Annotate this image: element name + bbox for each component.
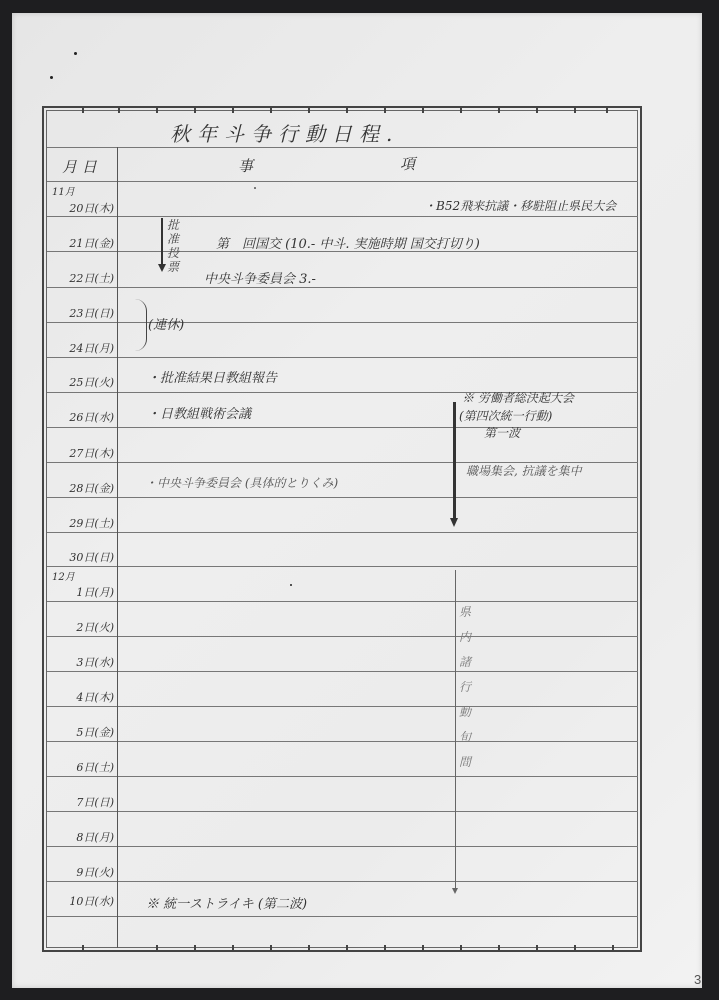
row-date: 5日(金)	[50, 724, 114, 740]
row-date: 1日(月)	[50, 584, 114, 600]
rule-line	[47, 776, 638, 777]
frame-tick	[606, 108, 608, 113]
row-date: 26日(水)	[50, 409, 114, 425]
document-title: 秋年斗争行動日程.	[170, 118, 399, 147]
frame-tick	[574, 945, 576, 950]
frame-tick	[156, 945, 158, 950]
frame-tick	[346, 108, 348, 113]
frame-tick	[308, 108, 310, 113]
frame-tick	[232, 108, 234, 113]
entry-kokko: 第 回国交 (10.- 中斗. 実施時期 国交打切り)	[216, 233, 480, 252]
frame-tick	[384, 945, 386, 950]
row-date: 2日(火)	[50, 619, 114, 635]
entry-b52-rally: ・B52飛来抗議・移駐阻止県民大会	[424, 197, 616, 214]
frame-tick	[384, 108, 386, 113]
frame-tick	[270, 945, 272, 950]
row-date: 21日(金)	[50, 235, 114, 251]
ink-speck	[254, 187, 256, 189]
row-date: 23日(日)	[50, 305, 114, 321]
row-date: 30日(日)	[50, 549, 114, 565]
brace-holiday	[134, 299, 147, 351]
entry-tactics-meeting: ・日教組戦術会議	[147, 403, 251, 422]
row-date: 24日(月)	[50, 340, 114, 356]
entry-central-committee-2: ・中央斗争委員会 (具体的とりくみ)	[145, 474, 338, 491]
frame-tick	[460, 108, 462, 113]
frame-tick	[118, 108, 120, 113]
rule-line	[47, 601, 638, 602]
rule-line	[47, 287, 638, 288]
frame-tick	[232, 945, 234, 950]
row-date: 8日(月)	[50, 829, 114, 845]
rule-line	[47, 916, 638, 917]
entry-holiday: (連休)	[148, 314, 184, 333]
frame-tick	[460, 945, 462, 950]
rule-line	[47, 741, 638, 742]
row-date: 20日(木)	[50, 200, 114, 216]
entry-workers-rally-2: (第四次統一行動)	[459, 407, 552, 424]
frame-tick	[346, 945, 348, 950]
vertical-note-prefecture: 県 内 諸 行 動 旬 間	[459, 600, 473, 775]
arrow-action-period	[453, 402, 456, 520]
row-date: 27日(木)	[50, 445, 114, 461]
header-items-1: 事	[238, 155, 253, 176]
header-items-2: 項	[400, 153, 415, 174]
row-date: 9日(火)	[50, 864, 114, 880]
arrow-head-icon	[452, 888, 458, 894]
frame-tick	[498, 108, 500, 113]
rule-line	[47, 881, 638, 882]
entry-workers-rally-3: 第一波	[484, 424, 520, 441]
frame-tick	[308, 945, 310, 950]
arrow-head-icon	[158, 264, 166, 272]
row-date: 4日(木)	[50, 689, 114, 705]
entry-unified-strike: ※ 統一ストライキ (第二波)	[146, 893, 307, 912]
frame-tick	[422, 108, 424, 113]
frame-tick	[82, 108, 84, 113]
vertical-note-ratification: 批 准 投 票	[167, 218, 181, 274]
row-date: 25日(火)	[50, 374, 114, 390]
rule-line	[47, 497, 638, 498]
row-date: 6日(土)	[50, 759, 114, 775]
frame-tick	[536, 108, 538, 113]
row-date: 29日(土)	[50, 515, 114, 531]
frame-tick	[82, 945, 84, 950]
frame-tick	[612, 945, 614, 950]
rule-line	[47, 147, 638, 148]
arrow-head-icon	[450, 518, 458, 527]
rule-line	[47, 216, 638, 217]
frame-tick	[536, 945, 538, 950]
ink-speck	[74, 52, 77, 55]
arrow-prefecture-period	[455, 570, 456, 890]
month-label-nov: 11月	[52, 183, 75, 198]
ink-speck	[50, 76, 53, 79]
entry-ratification-report: ・批准結果日教組報告	[147, 367, 277, 386]
frame-tick	[498, 945, 500, 950]
month-label-dec: 12月	[52, 568, 75, 583]
entry-workers-rally-1: ※ 労働者総決起大会	[462, 389, 574, 406]
rule-line	[47, 671, 638, 672]
rule-line	[47, 357, 638, 358]
frame-tick	[194, 108, 196, 113]
rule-line	[47, 636, 638, 637]
date-column-divider	[117, 147, 118, 948]
page-number: 3	[694, 972, 701, 987]
entry-central-committee: 中央斗争委員会 3.-	[204, 268, 316, 287]
row-date: 7日(日)	[50, 794, 114, 810]
row-date: 3日(水)	[50, 654, 114, 670]
arrow-ratification	[161, 218, 163, 266]
row-date: 22日(土)	[50, 270, 114, 286]
rule-line	[47, 181, 638, 182]
rule-line	[47, 706, 638, 707]
frame-tick	[574, 108, 576, 113]
entry-workplace-meeting: 職場集会, 抗議を集中	[466, 462, 582, 479]
frame-tick	[422, 945, 424, 950]
frame-tick	[194, 945, 196, 950]
row-date: 28日(金)	[50, 480, 114, 496]
rule-line	[47, 566, 638, 567]
frame-tick	[156, 108, 158, 113]
rule-line	[47, 532, 638, 533]
rule-line	[47, 811, 638, 812]
row-date: 10日(水)	[50, 893, 114, 909]
rule-line	[47, 427, 638, 428]
ink-speck	[290, 584, 292, 586]
rule-line	[47, 846, 638, 847]
frame-tick	[270, 108, 272, 113]
header-date: 月 日	[62, 156, 97, 177]
